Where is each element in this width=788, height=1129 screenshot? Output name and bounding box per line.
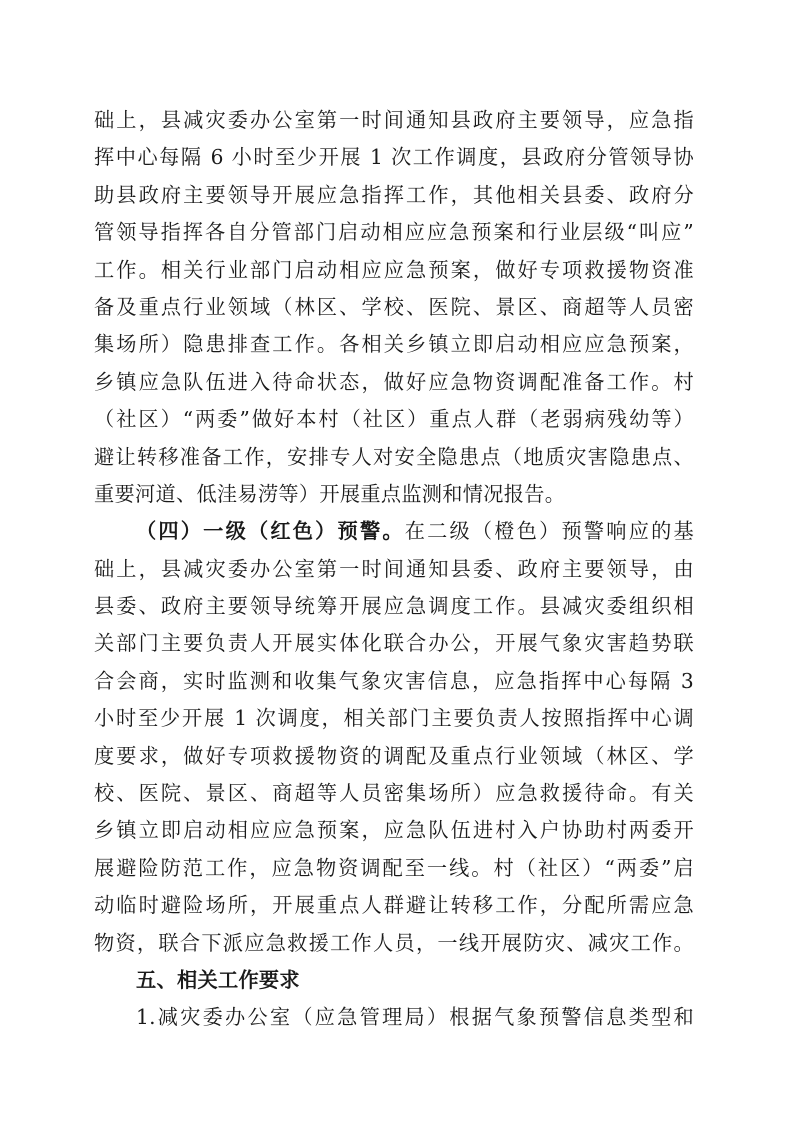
text-line: 集场所）隐患排查工作。各相关乡镇立即启动相应应急预案，	[94, 326, 694, 363]
text-line: 县委、政府主要领导统筹开展应急调度工作。县减灾委组织相	[94, 588, 694, 625]
text-line: 备及重点行业领域（林区、学校、医院、景区、商超等人员密	[94, 289, 694, 326]
text-line: 助县政府主要领导开展应急指挥工作，其他相关县委、政府分	[94, 177, 694, 214]
text-line: 校、医院、景区、商超等人员密集场所）应急救援待命。有关	[94, 775, 694, 812]
text-line: 合会商，实时监测和收集气象灾害信息，应急指挥中心每隔 3	[94, 663, 694, 700]
text-line: 工作。相关行业部门启动相应应急预案，做好专项救援物资准	[94, 252, 694, 289]
text-line: 础上，县减灾委办公室第一时间通知县政府主要领导，应急指	[94, 102, 694, 139]
text-line: 重要河道、低洼易涝等）开展重点监测和情况报告。	[94, 476, 694, 513]
paragraph-level-one-red-warning: （四）一级（红色）预警。在二级（橙色）预警响应的基 础上，县减灾委办公室第一时间…	[94, 513, 694, 962]
document-page: 础上，县减灾委办公室第一时间通知县政府主要领导，应急指 挥中心每隔 6 小时至少…	[94, 102, 694, 1037]
text-line: 乡镇应急队伍进入待命状态，做好应急物资调配准备工作。村	[94, 364, 694, 401]
section-five-item-1: 1.减灾委办公室（应急管理局）根据气象预警信息类型和	[94, 999, 694, 1036]
text-line: 挥中心每隔 6 小时至少开展 1 次工作调度，县政府分管领导协	[94, 139, 694, 176]
paragraph-level-two-continued: 础上，县减灾委办公室第一时间通知县政府主要领导，应急指 挥中心每隔 6 小时至少…	[94, 102, 694, 513]
text-line: 物资，联合下派应急救援工作人员，一线开展防灾、减灾工作。	[94, 925, 694, 962]
text-line: 小时至少开展 1 次调度，相关部门主要负责人按照指挥中心调	[94, 700, 694, 737]
text-line: 避让转移准备工作，安排专人对安全隐患点（地质灾害隐患点、	[94, 439, 694, 476]
section-four-title: （四）一级（红色）预警。	[136, 519, 405, 543]
text-line: 管领导指挥各自分管部门启动相应应急预案和行业层级“叫应”	[94, 214, 694, 251]
text-line: 乡镇立即启动相应应急预案，应急队伍进村入户协助村两委开	[94, 812, 694, 849]
section-five-heading: 五、相关工作要求	[94, 962, 694, 999]
text-line: 度要求，做好专项救援物资的调配及重点行业领域（林区、学	[94, 738, 694, 775]
text-line: 础上，县减灾委办公室第一时间通知县委、政府主要领导，由	[94, 551, 694, 588]
section-four-intro: 在二级（橙色）预警响应的基	[405, 519, 694, 543]
text-line: 动临时避险场所，开展重点人群避让转移工作，分配所需应急	[94, 887, 694, 924]
text-line: 关部门主要负责人开展实体化联合办公，开展气象灾害趋势联	[94, 625, 694, 662]
text-line: （社区）“两委”做好本村（社区）重点人群（老弱病残幼等）	[94, 401, 694, 438]
section-four-first-line: （四）一级（红色）预警。在二级（橙色）预警响应的基	[94, 513, 694, 550]
text-line: 展避险防范工作，应急物资调配至一线。村（社区）“两委”启	[94, 850, 694, 887]
